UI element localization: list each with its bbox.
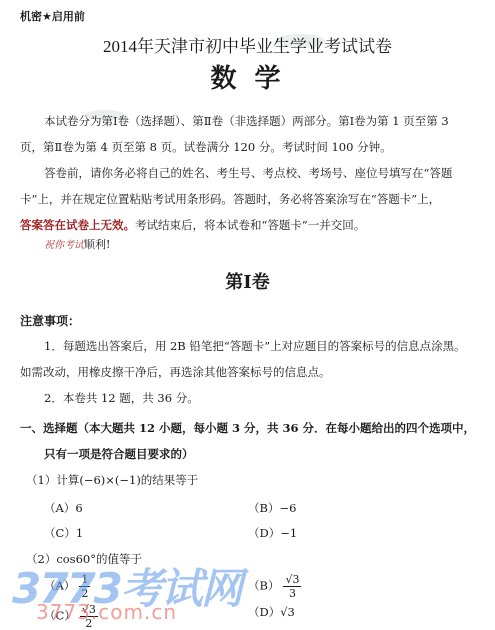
notice-item-1-line-1: 1．每题选出答案后，用 2B 铅笔把“答题卡”上对应题目的答案标号的信息点涂黑。 [44, 338, 466, 354]
good-luck-rest: 顺利! [84, 238, 110, 251]
notice-heading: 注意事项： [20, 312, 80, 329]
question-1-option-c: （C）1 [44, 525, 83, 541]
question-1-option-d: （D）−1 [248, 525, 297, 541]
intro-paragraph-1-line-1: 本试卷分为第Ⅰ卷（选择题）、第Ⅱ卷（非选择题）两部分。第Ⅰ卷为第 1 页至第 3 [44, 108, 449, 134]
option-label: （B） [248, 501, 279, 515]
notice-item-1-line-2: 如需改动，用橡皮擦干净后，再选涂其他答案标号的信息点。 [20, 364, 331, 380]
exam-title: 2014年天津市初中毕业生学业考试试卷 [0, 32, 495, 57]
option-value: −6 [279, 501, 296, 515]
option-label: （C） [44, 526, 76, 540]
fraction-numerator: √3 [283, 574, 301, 587]
exam-year: 2014 [103, 37, 137, 56]
watermark-url: 3773.com.cn [36, 600, 177, 624]
option-value: 1 [76, 526, 83, 540]
intro-paragraph-2-line-3: 答案答在试卷上无效。考试结束后，将本试卷和“答题卡”一并交回。 [20, 212, 365, 238]
option-label: （A） [44, 501, 75, 515]
invalid-answer-warning: 答案答在试卷上无效。 [20, 218, 135, 232]
exam-title-text: 年天津市初中毕业生学业考试试卷 [137, 37, 392, 57]
section-1-heading-line-1: 一、选择题（本大题共 12 小题，每小题 3 分，共 36 分．在每小题给出的四… [20, 420, 475, 436]
option-label: （B） [248, 579, 279, 593]
good-luck-line: 祝你考试顺利! [44, 236, 110, 252]
good-luck-red: 祝你考试 [44, 240, 84, 251]
intro-paragraph-1-line-2: 页，第Ⅱ卷为第 4 页至第 8 页。试卷满分 120 分。考试时间 100 分钟… [20, 134, 392, 160]
option-label: （D） [248, 526, 280, 540]
section-1-heading-line-2: 只有一项是符合题目要求的） [44, 446, 194, 462]
fraction-denominator: 3 [283, 587, 301, 599]
subject-title: 数学 [0, 58, 495, 95]
notice-item-2: 2．本卷共 12 题，共 36 分。 [44, 390, 199, 406]
confidential-label: 机密★启用前 [20, 8, 85, 24]
question-1-option-a: （A）6 [44, 500, 83, 516]
question-2-option-b: （B）√33 [248, 574, 301, 599]
question-2-option-d: （D）√3 [248, 604, 295, 620]
option-value: √3 [280, 605, 295, 619]
intro-paragraph-2-line-1: 答卷前，请你务必将自己的姓名、考生号、考点校、考场号、座位号填写在“答题 [44, 160, 452, 186]
intro-paragraph-2-line-2: 卡”上，并在规定位置粘贴考试用条形码。答题时，务必将答案涂写在“答题卡”上， [20, 186, 440, 212]
option-label: （D） [248, 605, 280, 619]
volume-title: 第Ⅰ卷 [0, 268, 495, 294]
question-1-option-b: （B）−6 [248, 500, 296, 516]
question-1-stem: （1）计算(−6)×(−1)的结果等于 [26, 472, 198, 488]
fraction: √33 [283, 574, 301, 599]
option-value: 6 [75, 501, 82, 515]
intro-return-instructions: 考试结束后，将本试卷和“答题卡”一并交回。 [135, 218, 365, 232]
option-value: −1 [280, 526, 297, 540]
